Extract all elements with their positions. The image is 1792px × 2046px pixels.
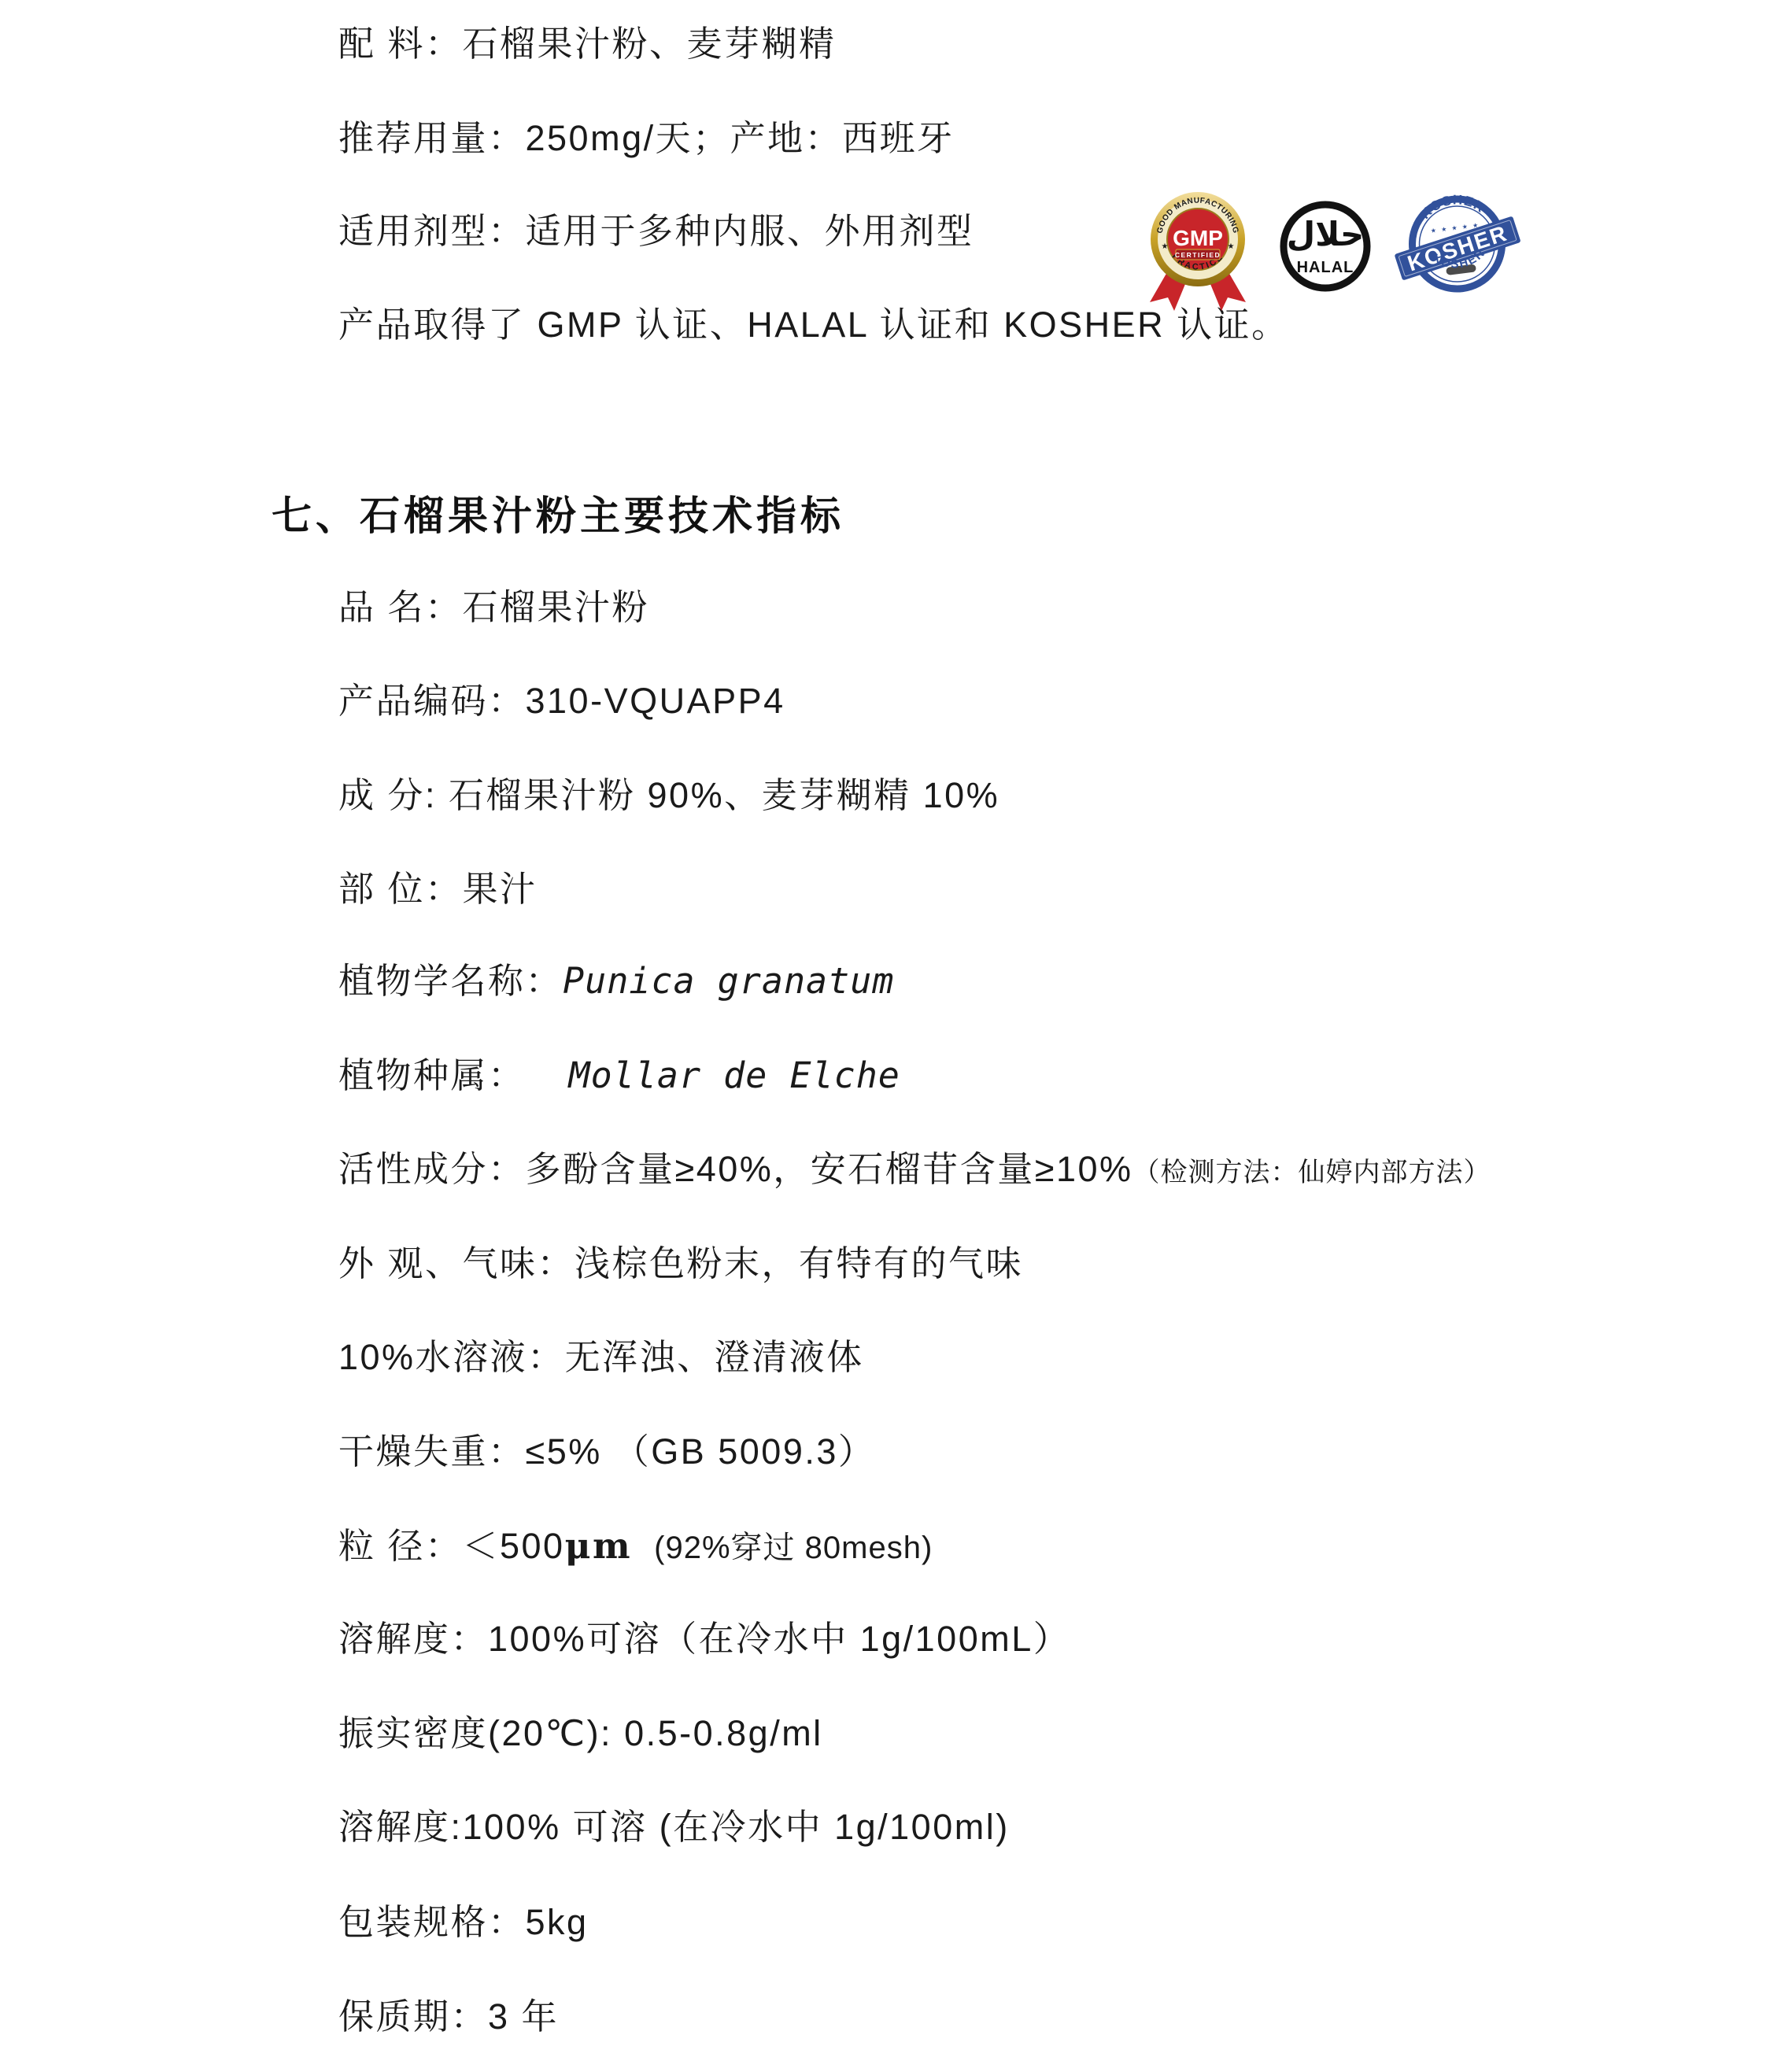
tap-density-line: 振实密度(20℃): 0.5-0.8g/ml bbox=[338, 1714, 823, 1753]
shelf-life-line: 保质期：3 年 bbox=[338, 1997, 559, 2037]
solution-10pct-line: 10%水溶液：无浑浊、澄清液体 bbox=[338, 1338, 864, 1377]
active-ingredients-line: 活性成分：多酚含量≥40%，安石榴苷含量≥10%（检测方法：仙婷内部方法） bbox=[338, 1150, 1491, 1189]
product-name-line: 品 名：石榴果汁粉 bbox=[338, 588, 649, 627]
loss-on-drying-line: 干燥失重：≤5% （GB 5009.3） bbox=[338, 1432, 875, 1472]
solubility-line: 溶解度：100%可溶（在冷水中 1g/100mL） bbox=[338, 1619, 1070, 1659]
variety-value: Mollar de Elche bbox=[569, 1054, 900, 1096]
particle-size-note: (92%穿过 80mesh) bbox=[654, 1531, 933, 1565]
document-page: 配 料：石榴果汁粉、麦芽糊精 推荐用量：250mg/天；产地：西班牙 适用剂型：… bbox=[0, 0, 1792, 2046]
variety-label: 植物种属： bbox=[338, 1055, 526, 1095]
ingredients-line: 配 料：石榴果汁粉、麦芽糊精 bbox=[338, 24, 837, 64]
kosher-certified-badge-icon: KOSHER ★ ★ ★ ★ ★ KOSHER KOSHER bbox=[1394, 187, 1521, 307]
gmp-certified-badge-icon: GOOD MANUFACTURING PRACTICE ★ ★ GMP CERT… bbox=[1139, 186, 1257, 313]
particle-size-line: 粒 径：＜500μm(92%穿过 80mesh) bbox=[338, 1527, 933, 1566]
product-code-line: 产品编码：310-VQUAPP4 bbox=[338, 681, 785, 721]
packing-line: 包装规格：5kg bbox=[338, 1903, 589, 1942]
gmp-center-text: GMP bbox=[1173, 226, 1223, 250]
active-ingredients-note: （检测方法：仙婷内部方法） bbox=[1133, 1158, 1491, 1187]
botanical-name-value: Punica granatum bbox=[563, 960, 894, 1002]
dosage-forms-line: 适用剂型：适用于多种内服、外用剂型 bbox=[338, 212, 974, 251]
particle-size-value: 粒 径：＜500 bbox=[338, 1526, 565, 1566]
appearance-line: 外 观、气味：浅棕色粉末，有特有的气味 bbox=[338, 1244, 1023, 1283]
solubility-2-line: 溶解度:100% 可溶 (在冷水中 1g/100ml) bbox=[338, 1808, 1010, 1847]
gmp-star-right: ★ bbox=[1228, 242, 1235, 251]
botanical-name-line: 植物学名称：Punica granatum bbox=[338, 962, 894, 1001]
halal-certified-badge-icon: حلال HALAL bbox=[1276, 197, 1375, 296]
active-ingredients-main: 活性成分：多酚含量≥40%，安石榴苷含量≥10% bbox=[338, 1149, 1133, 1189]
variety-line: 植物种属：Mollar de Elche bbox=[338, 1056, 900, 1095]
section-heading: 七、石榴果汁粉主要技术指标 bbox=[272, 483, 844, 541]
composition-line: 成 分: 石榴果汁粉 90%、麦芽糊精 10% bbox=[338, 776, 999, 815]
botanical-name-label: 植物学名称： bbox=[338, 961, 563, 1001]
gmp-star-left: ★ bbox=[1162, 242, 1169, 251]
particle-size-unit: μm bbox=[565, 1525, 633, 1567]
certification-badges: GOOD MANUFACTURING PRACTICE ★ ★ GMP CERT… bbox=[1139, 186, 1521, 313]
gmp-band-text: CERTIFIED bbox=[1175, 251, 1221, 259]
plant-part-line: 部 位：果汁 bbox=[338, 870, 538, 909]
halal-arabic-text: حلال bbox=[1287, 216, 1365, 253]
dosage-line: 推荐用量：250mg/天；产地：西班牙 bbox=[338, 119, 955, 158]
halal-label-text: HALAL bbox=[1297, 259, 1354, 276]
